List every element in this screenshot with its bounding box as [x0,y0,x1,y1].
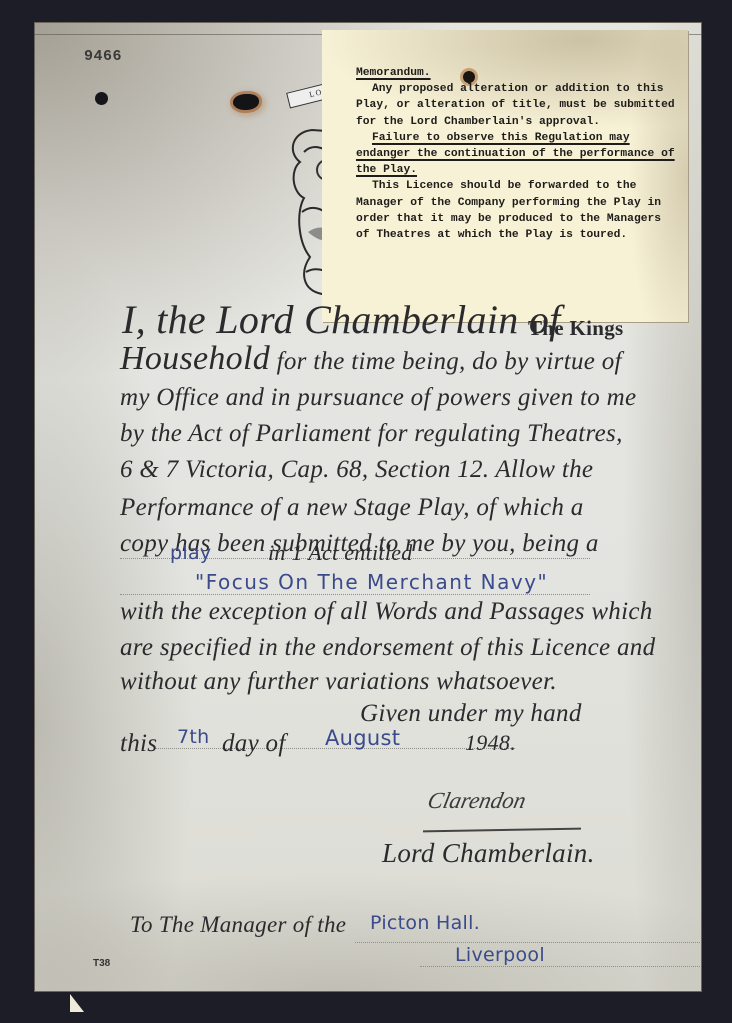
folded-corner [70,994,84,1012]
burn-hole [233,94,259,110]
licence-text: for the time being, do by virtue of [277,348,622,375]
licence-line: Performance of a new Stage Play, of whic… [120,494,584,522]
household-word: Household [120,340,270,377]
fill-line [420,966,700,967]
licence-line: Household for the time being, do by virt… [120,340,622,378]
signatory-title: Lord Chamberlain. [382,838,595,869]
date-month: August [325,726,400,750]
licence-line: are specified in the endorsement of this… [120,634,655,662]
date-year: 1948. [465,730,516,756]
punch-hole [95,92,108,105]
form-code: T38 [93,958,110,969]
licence-opening: I, the Lord Chamberlain of [122,297,561,342]
addressee-label: To The Manager of the [130,912,346,938]
date-prefix: this [120,730,157,758]
acts-label: in 1 Act entitled [268,540,413,566]
licence-line: I, the Lord Chamberlain of [122,296,561,343]
memorandum-title: Memorandum. [356,65,676,81]
fill-line [355,942,700,943]
memorandum-card: Memorandum. Any proposed alteration or a… [322,30,688,322]
addressee-venue: Picton Hall. [370,912,480,934]
play-type: play [170,542,211,564]
memorandum-warning: Failure to observe this Regulation may e… [356,132,675,176]
serial-number: 9466 [84,48,122,65]
play-title: "Focus On The Merchant Navy" [195,570,548,594]
signature: Clarendon [425,788,528,814]
day-of-label: day of [222,730,286,758]
licence-line: The Kings [528,316,623,341]
date-day: 7th [177,726,209,748]
licence-line: without any further variations whatsoeve… [120,668,557,696]
licence-line: with the exception of all Words and Pass… [120,598,653,626]
licence-line: 6 & 7 Victoria, Cap. 68, Section 12. All… [120,456,593,484]
fill-line [120,594,590,595]
licence-line: my Office and in pursuance of powers giv… [120,384,636,412]
addressee-city: Liverpool [455,944,545,966]
licence-line: by the Act of Parliament for regulating … [120,420,623,448]
memorandum-paragraph: This Licence should be forwarded to the … [356,178,676,243]
given-under-line: Given under my hand [360,700,582,728]
memorandum-paragraph: Any proposed alteration or addition to t… [356,81,676,130]
